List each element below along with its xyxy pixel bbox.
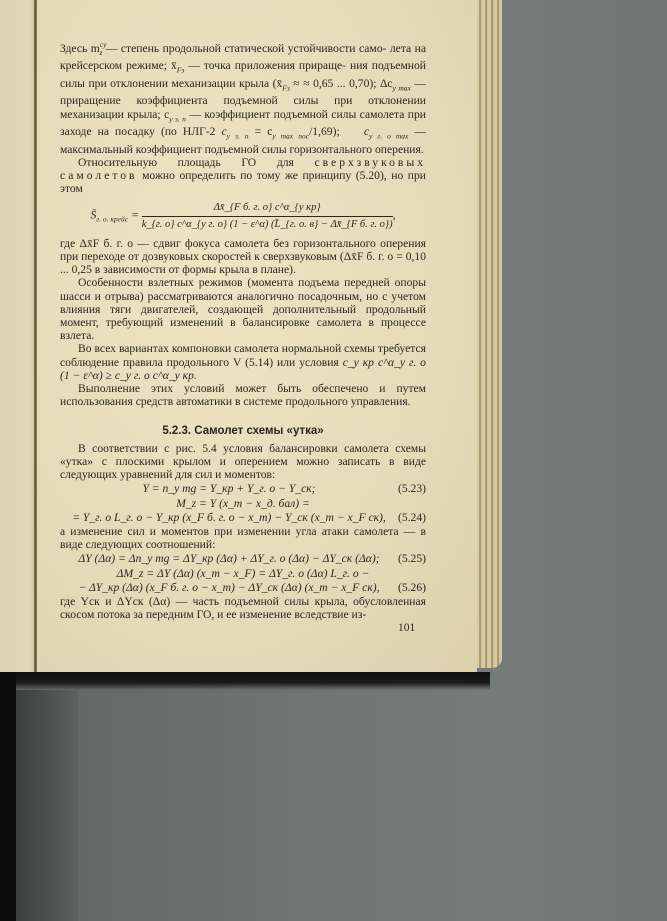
text-run: подъемной силы горизонтального оперения. (205, 143, 424, 156)
paragraph-focus-shift: где Δx̄F б. г. о — сдвиг фокуса самолета… (60, 237, 426, 277)
equation-5-26-line1: ΔM_z = ΔY (Δα) (x_т − x_F) = ΔY_г. о (Δα… (60, 567, 426, 580)
paragraph-canard: В соответствии с рис. 5.4 условия баланс… (60, 442, 426, 482)
equation-expression: − ΔY_кр (Δα) (x_F б. г. о − x_т) − ΔY_ск… (60, 581, 398, 594)
text-run: ≈ 0,65 ... 0,70); Δc (303, 77, 392, 90)
paragraph-supersonic: Относительную площадь ГО для сверхзвуков… (60, 156, 426, 196)
text-run: — точка приложения прираще- (184, 59, 346, 72)
equation-number: (5.24) (398, 511, 426, 524)
page-stack-edges (477, 0, 502, 668)
paragraph-normal-scheme: Во всех вариантах компоновки самолета но… (60, 342, 426, 382)
equals-sign: = (128, 209, 142, 222)
cover-edge (0, 672, 16, 921)
equation-5-24-line2: = Y_г. о L_г. о − Y_кр (x_F б. г. о − x_… (60, 511, 426, 524)
scanner-shadow (16, 690, 78, 921)
formula-relative-area: S̄г. о. крейс = Δx̄_{F б. г. о} c^α_{y к… (60, 201, 426, 230)
equation-expression: ΔY (Δα) = Δn_y mg = ΔY_кр (Δα) + ΔY_г. о… (60, 552, 398, 565)
equation-5-23: Y = n_y mg = Y_кр + Y_г. о − Y_ск; (5.23… (60, 482, 426, 495)
equation-5-24-line1: M_z = Y (x_т − x_д. бал) = (60, 497, 426, 510)
text-run: — степень продольной статической устойчи… (102, 42, 386, 55)
page-text: Здесь mcyz — степень продольной статичес… (60, 38, 426, 621)
paragraph-increments: а изменение сил и моментов при изменении… (60, 525, 426, 551)
page-number: 101 (398, 622, 415, 634)
punctuation: , (393, 209, 396, 222)
equation-expression: M_z = Y (x_т − x_д. бал) = (60, 497, 426, 510)
paragraph-downwash: где Yск и ΔYск (Δα) — часть подъемной си… (60, 595, 426, 621)
equation-expression: = Y_г. о L_г. о − Y_кр (x_F б. г. о − x_… (60, 511, 398, 524)
page-shadow (0, 672, 490, 690)
equation-number: (5.25) (398, 552, 426, 565)
equation-number: (5.23) (398, 482, 426, 495)
equation-expression: ΔM_z = ΔY (Δα) (x_т − x_F) = ΔY_г. о (Δα… (60, 567, 426, 580)
facing-page-edge (0, 0, 36, 672)
fraction: Δx̄_{F б. г. о} c^α_{y кр} k_{г. о} c^α_… (142, 201, 393, 230)
denominator: k_{г. о} c^α_{y г. о} (1 − ε^α) (L̄_{г. … (142, 217, 393, 231)
equation-number: (5.26) (398, 581, 426, 594)
equation-expression: Y = n_y mg = Y_кр + Y_г. о − Y_ск; (60, 482, 398, 495)
text-run: ≈ (290, 77, 300, 90)
text-run: Здесь m (60, 42, 100, 55)
paragraph-definitions: Здесь mcyz — степень продольной статичес… (60, 38, 426, 156)
text-run: — коэффициент (186, 108, 270, 121)
paragraph-takeoff: Особенности взлетных режимов (момента по… (60, 276, 426, 342)
text-run: Относительную площадь ГО для (78, 156, 315, 169)
formula-lhs-subscript: г. о. крейс (96, 215, 128, 224)
section-heading: 5.2.3. Самолет схемы «утка» (60, 425, 426, 438)
text-run: /1,69); (309, 125, 340, 138)
equation-5-26-line2: − ΔY_кр (Δα) (x_F б. г. о − x_т) − ΔY_ск… (60, 581, 426, 594)
paragraph-automation: Выполнение этих условий может быть обесп… (60, 382, 426, 408)
equation-5-25: ΔY (Δα) = Δn_y mg = ΔY_кр (Δα) + ΔY_г. о… (60, 552, 426, 565)
text-run: = c (249, 125, 273, 138)
numerator: Δx̄_{F б. г. о} c^α_{y кр} (142, 201, 393, 216)
